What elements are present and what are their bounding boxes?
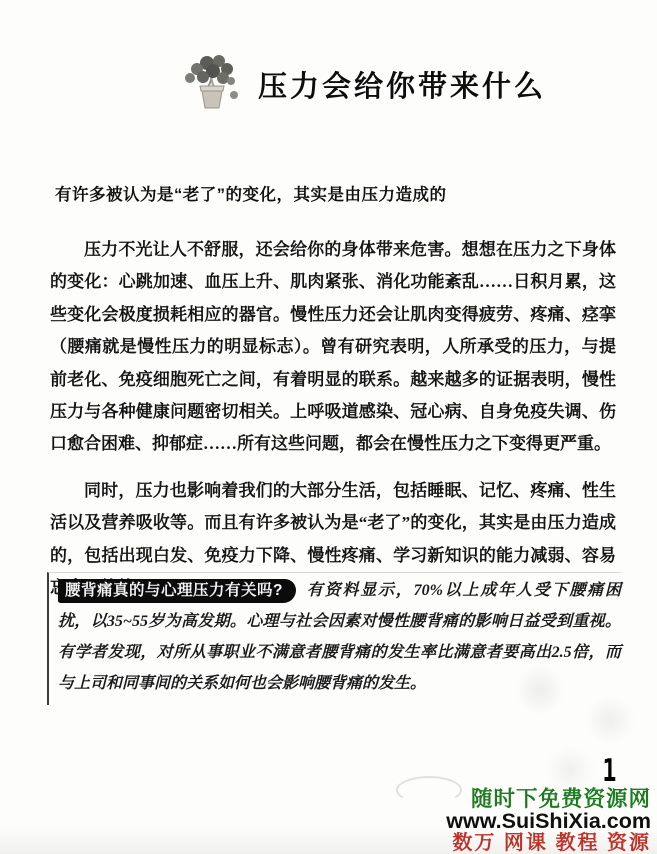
chapter-title: 压力会给你带来什么 — [258, 64, 546, 105]
flower-pot-icon — [178, 50, 246, 119]
watermark-tagline: 数万 网课 教程 资源 — [446, 833, 651, 853]
body-text: 压力不光让人不舒服，还会给你的身体带来危害。想想在压力之下身体的变化：心跳加速、… — [50, 234, 616, 604]
paragraph-1: 压力不光让人不舒服，还会给你的身体带来危害。想想在压力之下身体的变化：心跳加速、… — [50, 234, 616, 461]
qa-sidebar-box: 腰背痛真的与心理压力有关吗?有资料显示，70%以上成年人受下腰痛困扰，以35~5… — [47, 572, 621, 705]
chapter-heading: 压力会给你带来什么 — [178, 50, 546, 119]
qa-question-badge: 腰背痛真的与心理压力有关吗? — [58, 579, 296, 603]
watermark-url: www.SuiShiXia.com — [446, 811, 651, 833]
page-number: 1 — [602, 753, 616, 789]
qa-paragraph: 腰背痛真的与心理压力有关吗?有资料显示，70%以上成年人受下腰痛困扰，以35~5… — [58, 575, 621, 699]
watermark-site-name: 随时下免费资源网 — [446, 789, 651, 811]
scanned-book-page: 压力会给你带来什么 有许多被认为是“老了”的变化，其实是由压力造成的 压力不光让… — [0, 0, 657, 854]
site-watermark: 随时下免费资源网 www.SuiShiXia.com 数万 网课 教程 资源 — [446, 789, 651, 853]
section-subtitle: 有许多被认为是“老了”的变化，其实是由压力造成的 — [55, 181, 617, 205]
